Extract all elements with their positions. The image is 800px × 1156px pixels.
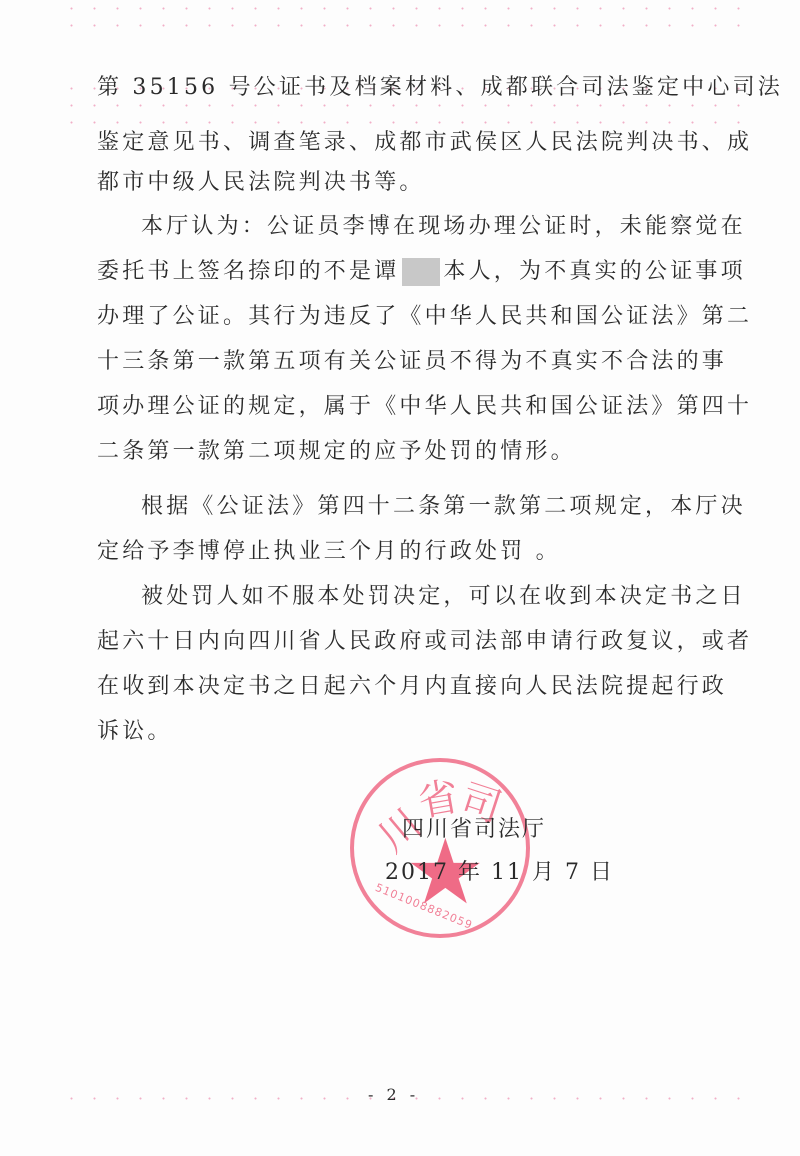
- text-line: 定给予李博停止执业三个月的行政处罚 。: [97, 537, 561, 567]
- text-line: 二条第一款第二项规定的应予处罚的情形。: [97, 437, 576, 467]
- text-line: 起六十日内向四川省人民政府或司法部申请行政复议，或者: [97, 627, 752, 657]
- text-line: 十三条第一款第五项有关公证员不得为不真实不合法的事: [97, 347, 727, 377]
- issue-date: 2017 年 11 月 7 日: [385, 855, 614, 886]
- page-number: - 2 -: [368, 1085, 419, 1104]
- document-page: 第 35156 号公证书及档案材料、成都联合司法鉴定中心司法 鉴定意见书、调查笔…: [0, 0, 800, 1156]
- text-line: 委托书上签名捺印的不是谭本人，为不真实的公证事项: [97, 257, 746, 287]
- text-line: 诉讼。: [97, 717, 173, 747]
- text-line: 办理了公证。其行为违反了《中华人民共和国公证法》第二: [97, 302, 752, 332]
- text-line: 鉴定意见书、调查笔录、成都市武侯区人民法院判决书、成: [97, 128, 752, 158]
- text-line: 被处罚人如不服本处罚决定，可以在收到本决定书之日: [141, 582, 746, 612]
- redacted-name-block: [402, 258, 440, 286]
- text-line: 根据《公证法》第四十二条第一款第二项规定，本厅决: [141, 492, 746, 522]
- text-line: 项办理公证的规定，属于《中华人民共和国公证法》第四十: [97, 392, 752, 422]
- text-line: 本厅认为：公证员李博在现场办理公证时，未能察觉在: [141, 212, 746, 242]
- text-fragment: 本人，为不真实的公证事项: [443, 259, 745, 284]
- text-line: 第 35156 号公证书及档案材料、成都联合司法鉴定中心司法: [97, 73, 783, 103]
- issuer-name: 四川省司法厅: [402, 812, 546, 843]
- text-fragment: 委托书上签名捺印的不是谭: [97, 259, 399, 284]
- scan-noise: [60, 0, 740, 36]
- text-line: 都市中级人民法院判决书等。: [97, 168, 425, 198]
- text-line: 在收到本决定书之日起六个月内直接向人民法院提起行政: [97, 672, 727, 702]
